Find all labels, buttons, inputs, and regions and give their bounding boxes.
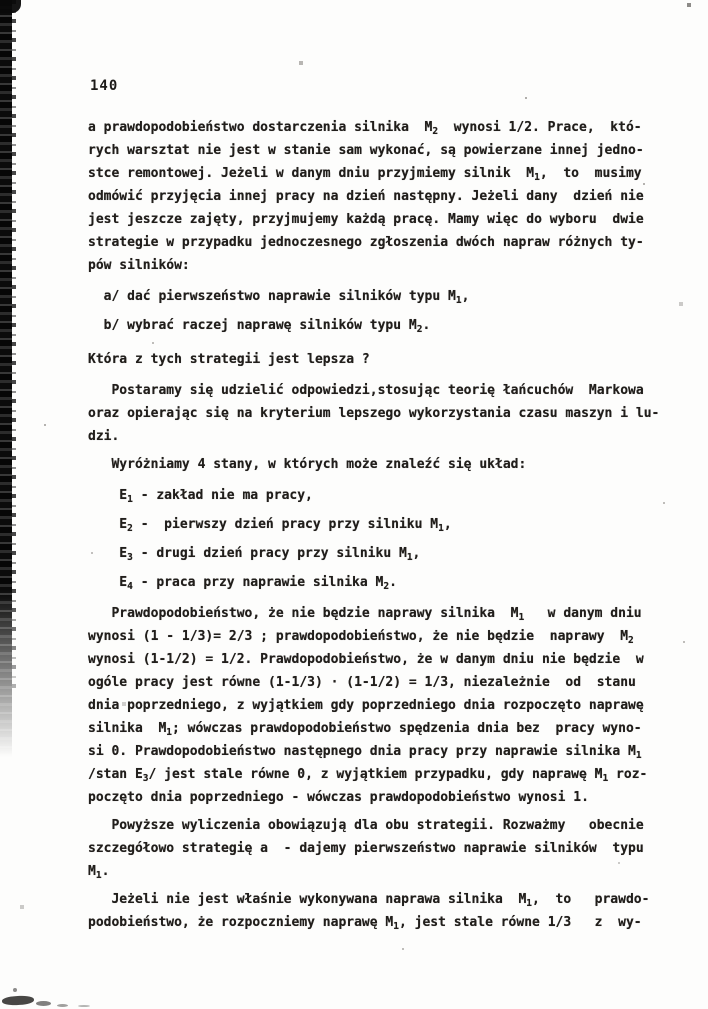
para-answer-approach: Postaramy się udzielić odpowiedzi,stosuj… bbox=[88, 379, 688, 448]
text-line: Która z tych strategii jest lepsza ? bbox=[88, 345, 688, 374]
text-line: ogóle pracy jest równe (1-1/3) · (1-1/2)… bbox=[88, 671, 688, 694]
text-line: a prawdopodobieństwo dostarczenia silnik… bbox=[88, 116, 688, 139]
page-text: a prawdopodobieństwo dostarczenia silnik… bbox=[88, 116, 688, 934]
text-line: b/ wybrać raczej naprawę silników typu M… bbox=[88, 311, 688, 340]
text-line: E2 - pierwszy dzień pracy przy silniku M… bbox=[88, 510, 688, 539]
text-line: dzi. bbox=[88, 425, 688, 448]
text-line: silnika M1; wówczas prawdopodobieństwo s… bbox=[88, 717, 688, 740]
text-line: /stan E3/ jest stale równe 0, z wyjątkie… bbox=[88, 763, 688, 786]
scanned-page: 140 a prawdopodobieństwo dostarczenia si… bbox=[0, 0, 708, 1009]
text-line: E4 - praca przy naprawie silnika M2. bbox=[88, 568, 688, 597]
text-line: rych warsztat nie jest w stanie sam wyko… bbox=[88, 139, 688, 162]
text-line: pów silników: bbox=[88, 254, 688, 277]
para-strategy-a: Powyższe wyliczenia obowiązują dla obu s… bbox=[88, 814, 688, 883]
text-line: dnia poprzedniego, z wyjątkiem gdy poprz… bbox=[88, 694, 688, 717]
text-line: wynosi (1-1/2) = 1/2. Prawdopodobieństwo… bbox=[88, 648, 688, 671]
text-line: poczęto dnia poprzedniego - wówczas praw… bbox=[88, 786, 688, 809]
text-line: szczegółowo strategię a - dajemy pierwsz… bbox=[88, 837, 688, 860]
scan-gutter-fade bbox=[0, 590, 22, 780]
scan-gutter-frill bbox=[12, 0, 16, 690]
text-line: podobieństwo, że rozpoczniemy naprawę M1… bbox=[88, 911, 688, 934]
text-line: odmówić przyjęcia innej pracy na dzień n… bbox=[88, 185, 688, 208]
text-line: E3 - drugi dzień pracy przy silniku M1, bbox=[88, 539, 688, 568]
text-line: Prawdopodobieństwo, że nie będzie napraw… bbox=[88, 602, 688, 625]
scan-smudge-bottom-left bbox=[36, 1001, 51, 1006]
text-line: Postaramy się udzielić odpowiedzi,stosuj… bbox=[88, 379, 688, 402]
text-line: M1. bbox=[88, 860, 688, 883]
scan-corner-artifact bbox=[0, 0, 21, 13]
scan-speckles bbox=[0, 0, 2, 2]
text-line: E1 - zakład nie ma pracy, bbox=[88, 481, 688, 510]
para-continuation: a prawdopodobieństwo dostarczenia silnik… bbox=[88, 116, 688, 277]
scan-smudge-bottom-left bbox=[57, 1004, 68, 1007]
text-line: a/ dać pierwszeństwo naprawie silników t… bbox=[88, 282, 688, 311]
para-states-intro: Wyróżniamy 4 stany, w których może znale… bbox=[88, 453, 688, 476]
text-line: jest jeszcze zajęty, przyjmujemy każdą p… bbox=[88, 208, 688, 231]
text-line: si 0. Prawdopodobieństwo następnego dnia… bbox=[88, 740, 688, 763]
scan-smudge-bottom-left bbox=[13, 988, 17, 992]
text-line: Jeżeli nie jest właśnie wykonywana napra… bbox=[88, 888, 688, 911]
text-line: Wyróżniamy 4 stany, w których może znale… bbox=[88, 453, 688, 476]
text-line: Powyższe wyliczenia obowiązują dla obu s… bbox=[88, 814, 688, 837]
question-line: Która z tych strategii jest lepsza ? bbox=[88, 345, 688, 374]
scan-smudge-bottom-left bbox=[2, 995, 34, 1006]
text-line: oraz opierając się na kryterium lepszego… bbox=[88, 402, 688, 425]
page-number: 140 bbox=[90, 78, 118, 94]
states-list: E1 - zakład nie ma pracy, E2 - pierwszy … bbox=[88, 481, 688, 597]
strategy-list: a/ dać pierwszeństwo naprawie silników t… bbox=[88, 282, 688, 340]
text-line: strategie w przypadku jednoczesnego zgło… bbox=[88, 231, 688, 254]
text-line: wynosi (1 - 1/3)= 2/3 ; prawdopodobieńst… bbox=[88, 625, 688, 648]
para-repair-probability: Jeżeli nie jest właśnie wykonywana napra… bbox=[88, 888, 688, 934]
text-line: stce remontowej. Jeżeli w danym dniu prz… bbox=[88, 162, 688, 185]
scan-smudge-bottom-left bbox=[78, 1005, 90, 1007]
para-probabilities: Prawdopodobieństwo, że nie będzie napraw… bbox=[88, 602, 688, 809]
